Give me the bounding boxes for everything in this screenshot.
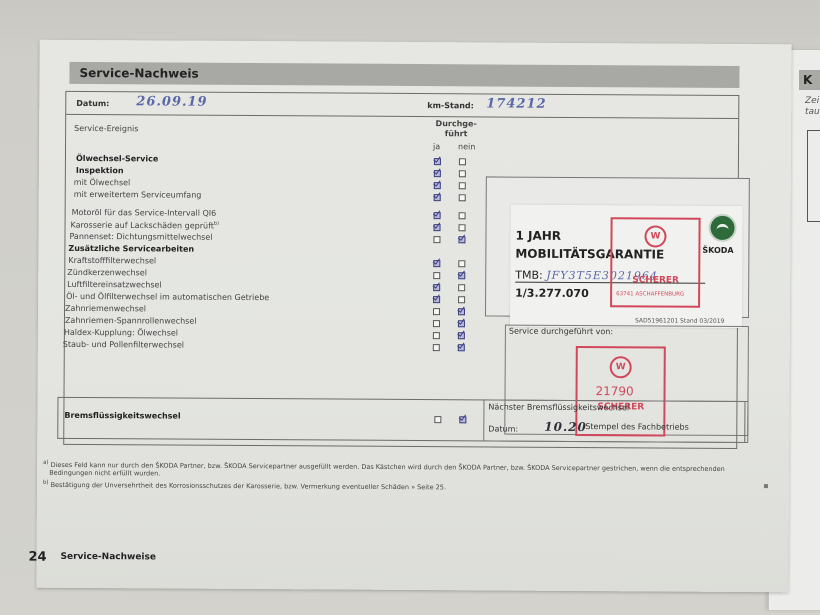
service-yes-checkbox[interactable] xyxy=(433,308,440,315)
service-no-checkbox[interactable] xyxy=(458,320,465,327)
tmb-label: TMB: xyxy=(515,269,543,282)
service-item-label: Luftfiltereinsatzwechsel xyxy=(67,280,162,290)
performed-header: Durchge- führt xyxy=(431,119,481,139)
brake-fluid-yes-checkbox[interactable] xyxy=(434,416,441,423)
service-item-label: Kraftstofffilterwechsel xyxy=(68,256,156,266)
adjacent-page-box xyxy=(807,130,820,222)
service-no-checkbox[interactable] xyxy=(458,296,465,303)
service-no-checkbox[interactable] xyxy=(458,332,465,339)
section-heading: Zusätzliche Servicearbeiten xyxy=(68,244,194,254)
service-no-checkbox[interactable] xyxy=(458,236,465,243)
dealer-stamp: W SCHERER 63741 ASCHAFFENBURG xyxy=(610,217,701,308)
service-item-label: Zündkerzenwechsel xyxy=(67,268,147,277)
event-header: Service-Ereignis xyxy=(74,124,138,133)
next-brake-date-field[interactable]: 10.20 xyxy=(544,420,587,434)
stamp-number: 21790 xyxy=(596,384,634,398)
service-no-checkbox[interactable] xyxy=(458,272,465,279)
service-no-checkbox[interactable] xyxy=(458,260,465,267)
service-item-label: Staub- und Pollenfilterwechsel xyxy=(63,340,184,350)
service-yes-checkbox[interactable] xyxy=(434,158,441,165)
service-item-label: Inspektion xyxy=(76,166,124,175)
performed-by-label: Service durchgeführt von: xyxy=(509,327,613,337)
service-yes-checkbox[interactable] xyxy=(433,332,440,339)
service-no-checkbox[interactable] xyxy=(458,344,465,351)
next-brake-date-label: Datum: xyxy=(488,424,518,433)
date-label: Datum: xyxy=(76,99,109,108)
page-footer-title: Service-Nachweise xyxy=(60,552,156,563)
service-no-checkbox[interactable] xyxy=(459,224,466,231)
vw-logo-icon: W xyxy=(610,356,632,378)
service-yes-checkbox[interactable] xyxy=(433,236,440,243)
warranty-code: 1/3.277.070 xyxy=(515,287,589,300)
yes-header: ja xyxy=(433,142,440,151)
service-no-checkbox[interactable] xyxy=(459,182,466,189)
page-number: 24 xyxy=(28,550,46,565)
service-yes-checkbox[interactable] xyxy=(433,260,440,267)
service-item-label: Karosserie auf Lackschäden geprüftb) xyxy=(71,220,220,231)
warranty-line1: 1 JAHR xyxy=(515,229,561,243)
brake-fluid-label: Bremsflüssigkeitswechsel xyxy=(64,411,180,421)
service-booklet-page: Service-Nachweis Datum: 26.09.19 km-Stan… xyxy=(36,40,791,593)
next-brake-fluid-box: Nächster Bremsflüssigkeitswechsel Datum:… xyxy=(483,399,748,443)
section-title: Service-Nachweis xyxy=(69,62,739,88)
service-yes-checkbox[interactable] xyxy=(433,320,440,327)
service-item-label: Ölwechsel-Service xyxy=(76,154,158,164)
service-no-checkbox[interactable] xyxy=(459,212,466,219)
service-yes-checkbox[interactable] xyxy=(434,212,441,219)
service-yes-checkbox[interactable] xyxy=(433,284,440,291)
no-header: nein xyxy=(458,142,475,151)
service-yes-checkbox[interactable] xyxy=(433,272,440,279)
next-brake-label: Nächster Bremsflüssigkeitswechsel xyxy=(488,402,629,412)
service-yes-checkbox[interactable] xyxy=(434,224,441,231)
service-yes-checkbox[interactable] xyxy=(434,170,441,177)
skoda-brand: ŠKODA xyxy=(702,246,733,255)
footnote-a: a) Dieses Feld kann nur durch den ŠKODA … xyxy=(43,460,725,481)
stamp-name: SCHERER xyxy=(632,275,679,285)
service-yes-checkbox[interactable] xyxy=(434,194,441,201)
service-item-label: mit Ölwechsel xyxy=(74,178,131,187)
service-item-label: Zahnriemenwechsel xyxy=(65,304,146,313)
warranty-ref: SAD51961201 Stand 03/2019 xyxy=(635,317,724,325)
service-no-checkbox[interactable] xyxy=(459,194,466,201)
service-item-label: Öl- und Ölfilterwechsel im automatischen… xyxy=(66,292,269,302)
service-no-checkbox[interactable] xyxy=(458,284,465,291)
warranty-sticker: 1 JAHR MOBILITÄTSGARANTIE TMB: JFY3T5E30… xyxy=(510,205,743,328)
service-item-label: Pannenset: Dichtungsmittelwechsel xyxy=(69,232,212,242)
service-no-checkbox[interactable] xyxy=(458,308,465,315)
stamp-city: 63741 ASCHAFFENBURG xyxy=(616,291,684,297)
vw-logo-icon: W xyxy=(644,225,666,247)
brake-fluid-no-checkbox[interactable] xyxy=(459,416,466,423)
service-no-checkbox[interactable] xyxy=(459,170,466,177)
adjacent-page-heading: K xyxy=(799,70,820,90)
service-item-label: mit erweitertem Serviceumfang xyxy=(74,190,202,200)
service-yes-checkbox[interactable] xyxy=(433,344,440,351)
service-item-label: Zahnriemen-Spannrollenwechsel xyxy=(65,316,197,326)
service-no-checkbox[interactable] xyxy=(459,158,466,165)
service-yes-checkbox[interactable] xyxy=(434,182,441,189)
header-row: Datum: 26.09.19 km-Stand: 174212 xyxy=(66,92,738,119)
service-yes-checkbox[interactable] xyxy=(433,296,440,303)
km-field[interactable]: 174212 xyxy=(486,96,546,111)
service-item-label: Motoröl für das Service-Intervall QI6 xyxy=(72,208,217,218)
service-form: Datum: 26.09.19 km-Stand: 174212 Service… xyxy=(63,91,739,449)
adjacent-page-text: Zei tau xyxy=(805,96,820,118)
footnote-b: b) Bestätigung der Unversehrtheit des Ko… xyxy=(43,480,446,492)
date-field[interactable]: 26.09.19 xyxy=(136,94,207,109)
service-item-label: Haldex-Kupplung: Ölwechsel xyxy=(64,328,178,338)
end-marker-icon xyxy=(764,484,768,488)
km-label: km-Stand: xyxy=(427,101,474,110)
skoda-logo-icon xyxy=(708,214,736,242)
